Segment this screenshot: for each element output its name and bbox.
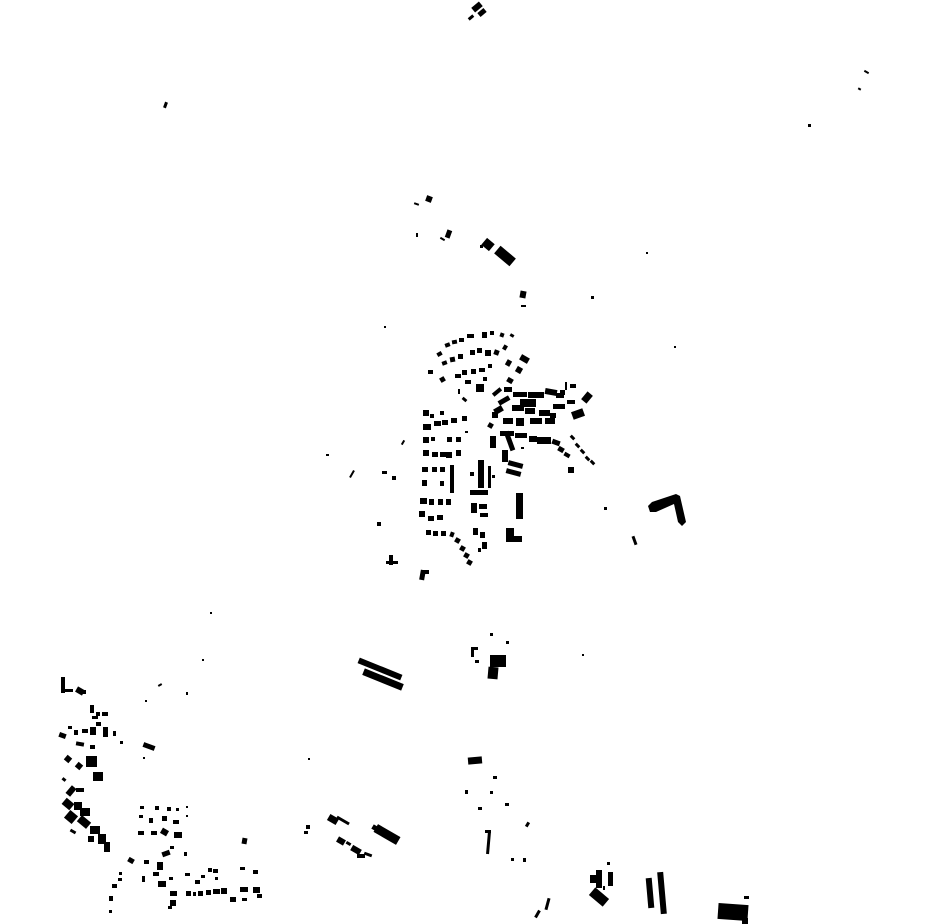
building <box>481 238 494 251</box>
building <box>422 467 428 472</box>
building <box>186 815 188 817</box>
building <box>468 14 475 20</box>
building <box>503 418 513 424</box>
building <box>498 395 511 405</box>
building <box>467 334 474 338</box>
building <box>808 124 811 127</box>
building <box>525 408 535 414</box>
building <box>253 870 258 874</box>
building <box>502 450 508 462</box>
building <box>149 818 153 823</box>
building <box>607 862 610 865</box>
building <box>471 647 478 650</box>
building <box>864 70 869 74</box>
building <box>423 450 429 456</box>
building <box>425 195 433 203</box>
building <box>462 370 467 375</box>
building <box>213 889 220 894</box>
building <box>506 468 522 477</box>
building <box>463 552 470 559</box>
building <box>632 536 638 545</box>
building <box>512 405 524 411</box>
building <box>539 410 550 416</box>
building <box>437 515 443 520</box>
building <box>438 499 443 505</box>
building <box>170 900 176 906</box>
building <box>478 807 482 810</box>
building <box>590 460 596 466</box>
building <box>508 460 524 469</box>
building <box>143 757 145 759</box>
building <box>392 476 396 480</box>
building <box>488 466 491 488</box>
building <box>326 454 329 456</box>
building <box>93 772 103 781</box>
building <box>480 532 485 538</box>
building <box>104 842 110 852</box>
building <box>423 410 429 416</box>
building <box>240 867 245 870</box>
building <box>193 892 196 896</box>
building <box>120 741 123 744</box>
building <box>490 633 493 636</box>
building <box>534 910 541 918</box>
building <box>581 391 593 403</box>
building <box>163 102 168 109</box>
building <box>516 418 524 426</box>
building <box>208 868 212 872</box>
building <box>479 368 485 372</box>
building <box>505 359 512 367</box>
building <box>414 202 419 206</box>
building <box>589 887 609 906</box>
building <box>118 878 122 881</box>
building <box>357 854 365 858</box>
building <box>490 655 506 667</box>
building <box>545 388 558 396</box>
building <box>487 422 494 429</box>
building <box>510 333 515 338</box>
building <box>470 472 474 476</box>
building <box>490 791 493 794</box>
building <box>92 716 98 719</box>
building <box>596 870 602 888</box>
building <box>364 852 373 858</box>
building <box>492 387 502 396</box>
building <box>567 400 575 404</box>
building <box>430 414 434 418</box>
building <box>492 475 495 478</box>
building <box>202 659 204 661</box>
building <box>109 896 113 901</box>
building <box>521 305 526 307</box>
building <box>446 452 452 458</box>
building <box>440 467 445 472</box>
building <box>551 439 560 446</box>
building <box>431 437 435 441</box>
building <box>473 528 478 535</box>
building <box>440 452 446 457</box>
building <box>77 815 91 829</box>
building <box>519 354 530 364</box>
building <box>428 370 433 374</box>
building <box>440 481 444 486</box>
building <box>465 790 468 794</box>
building <box>65 785 76 797</box>
building <box>471 369 476 374</box>
building <box>478 460 484 488</box>
building <box>744 896 749 899</box>
building <box>544 898 550 910</box>
building <box>468 756 483 764</box>
building <box>82 729 88 733</box>
building <box>336 816 350 826</box>
building <box>450 465 454 493</box>
building <box>423 424 431 430</box>
building <box>657 872 667 914</box>
building <box>459 338 464 342</box>
building <box>119 872 122 875</box>
building <box>560 390 565 395</box>
building <box>377 522 381 526</box>
building <box>185 873 190 876</box>
building <box>452 340 458 345</box>
building <box>490 331 494 335</box>
building <box>441 531 446 536</box>
building <box>86 756 97 767</box>
building <box>74 730 78 735</box>
building <box>304 831 308 834</box>
building <box>170 846 174 849</box>
building <box>519 291 526 299</box>
building <box>109 910 112 913</box>
building <box>470 490 488 495</box>
building <box>65 689 73 692</box>
building <box>858 87 862 90</box>
building <box>439 376 446 383</box>
building <box>221 888 227 894</box>
building <box>349 470 355 478</box>
building <box>490 436 496 448</box>
building <box>563 452 570 458</box>
figure-ground-map <box>0 0 930 924</box>
building <box>465 380 471 384</box>
building <box>161 850 170 857</box>
building <box>240 887 248 892</box>
building <box>515 433 527 438</box>
building <box>401 440 405 445</box>
building <box>504 387 512 392</box>
building <box>160 828 169 837</box>
building <box>502 344 508 350</box>
building <box>423 570 429 574</box>
building <box>742 918 748 924</box>
building <box>432 452 438 457</box>
building <box>445 229 452 238</box>
building <box>168 906 172 909</box>
building <box>176 808 179 811</box>
building <box>575 443 581 449</box>
building <box>153 872 159 876</box>
building <box>173 820 179 824</box>
building <box>253 887 260 893</box>
building <box>446 499 451 505</box>
building <box>570 384 576 388</box>
building <box>138 831 144 835</box>
building <box>570 435 576 441</box>
building <box>64 755 72 763</box>
building <box>646 252 648 254</box>
building <box>456 450 461 456</box>
building <box>112 884 117 888</box>
building <box>350 845 362 855</box>
building <box>184 852 187 856</box>
building <box>454 537 461 544</box>
building <box>516 493 523 519</box>
building <box>213 869 218 873</box>
building <box>201 875 205 878</box>
building <box>580 449 586 455</box>
building <box>62 777 67 782</box>
building <box>158 881 166 887</box>
building <box>568 467 574 473</box>
building <box>327 814 339 825</box>
building <box>174 832 182 838</box>
building <box>64 810 78 824</box>
building <box>145 700 147 702</box>
building <box>506 641 509 644</box>
building <box>140 806 144 809</box>
building <box>458 389 460 394</box>
building <box>511 858 514 861</box>
building <box>384 326 386 328</box>
building <box>447 437 452 442</box>
building <box>170 891 177 896</box>
building <box>550 413 556 418</box>
building <box>451 418 457 423</box>
building <box>523 858 526 862</box>
building <box>215 877 218 880</box>
building <box>513 392 527 397</box>
building <box>76 741 85 746</box>
building <box>466 559 473 566</box>
building <box>420 498 427 504</box>
building <box>257 894 262 898</box>
building <box>553 404 565 409</box>
building <box>528 392 544 398</box>
building <box>386 561 398 564</box>
building <box>419 511 425 517</box>
building <box>162 816 167 821</box>
building <box>591 296 594 299</box>
building <box>478 548 481 552</box>
building <box>336 836 346 845</box>
building <box>90 745 95 749</box>
building <box>442 420 448 425</box>
building <box>485 830 491 833</box>
building <box>113 731 116 736</box>
building <box>426 530 431 535</box>
building <box>382 471 387 474</box>
building <box>416 233 418 237</box>
building <box>505 803 509 806</box>
building <box>455 374 461 378</box>
building <box>90 826 100 834</box>
building <box>483 377 487 381</box>
building <box>186 806 188 808</box>
building <box>470 350 475 355</box>
building <box>143 742 156 751</box>
building <box>582 654 584 656</box>
building <box>434 421 441 426</box>
building <box>465 431 468 433</box>
building <box>167 807 171 811</box>
building <box>169 877 173 880</box>
building <box>456 437 461 442</box>
building <box>440 411 444 415</box>
building <box>62 798 75 811</box>
building <box>485 350 491 356</box>
building <box>158 683 162 687</box>
building <box>139 815 143 818</box>
building <box>429 499 434 505</box>
building <box>515 366 523 374</box>
building <box>459 545 466 552</box>
building <box>96 712 100 716</box>
building <box>450 357 456 363</box>
building <box>488 364 492 368</box>
building <box>346 841 352 846</box>
building <box>604 507 607 510</box>
building <box>308 758 310 760</box>
building <box>486 832 491 854</box>
building <box>537 437 551 444</box>
building <box>545 418 555 424</box>
building <box>68 726 72 729</box>
building <box>565 382 567 390</box>
building <box>674 346 676 348</box>
building <box>428 516 434 521</box>
building <box>480 245 483 248</box>
building <box>102 712 108 716</box>
building <box>422 480 427 486</box>
building <box>90 705 94 713</box>
building <box>603 886 605 890</box>
building <box>608 872 613 886</box>
building <box>157 862 163 870</box>
building <box>529 436 537 442</box>
building <box>82 690 86 694</box>
building <box>462 397 468 403</box>
building-footprint-layer <box>0 0 930 924</box>
building <box>195 880 200 884</box>
building <box>449 531 454 537</box>
building <box>471 503 477 513</box>
building <box>487 667 498 680</box>
building <box>90 727 96 735</box>
building <box>127 857 135 864</box>
building <box>646 878 655 908</box>
building <box>198 891 203 896</box>
building <box>96 722 101 726</box>
building <box>482 332 487 338</box>
building <box>557 446 565 453</box>
building <box>493 776 497 779</box>
building <box>242 838 248 845</box>
building <box>440 237 445 241</box>
building <box>458 354 463 359</box>
building <box>521 447 524 449</box>
building <box>103 727 108 737</box>
building <box>70 829 77 835</box>
building <box>571 408 585 420</box>
building <box>186 692 188 695</box>
building <box>155 806 159 810</box>
building <box>432 467 437 472</box>
building <box>648 494 686 526</box>
building <box>80 808 90 816</box>
building <box>506 377 514 384</box>
building <box>61 677 65 693</box>
building <box>423 437 429 443</box>
building <box>494 246 516 267</box>
building <box>444 342 450 347</box>
building <box>441 360 447 365</box>
building <box>144 860 149 864</box>
building <box>142 876 145 882</box>
building <box>433 531 438 536</box>
building <box>475 660 479 663</box>
building <box>151 831 157 835</box>
building <box>492 412 498 418</box>
building <box>76 788 84 792</box>
building <box>462 416 467 421</box>
building <box>436 351 442 357</box>
building <box>210 612 212 614</box>
building <box>306 825 310 829</box>
building <box>88 836 94 842</box>
building <box>75 762 83 770</box>
building <box>506 536 522 542</box>
building <box>242 898 247 901</box>
building <box>230 897 236 902</box>
building <box>499 332 504 337</box>
building <box>530 418 542 424</box>
building <box>493 349 499 355</box>
building <box>480 513 488 517</box>
building <box>525 822 530 828</box>
building <box>186 891 191 896</box>
building <box>479 504 487 509</box>
building <box>477 348 482 353</box>
building <box>58 732 66 739</box>
building <box>482 542 487 549</box>
building <box>206 890 211 895</box>
building <box>585 456 591 462</box>
building <box>476 384 484 392</box>
